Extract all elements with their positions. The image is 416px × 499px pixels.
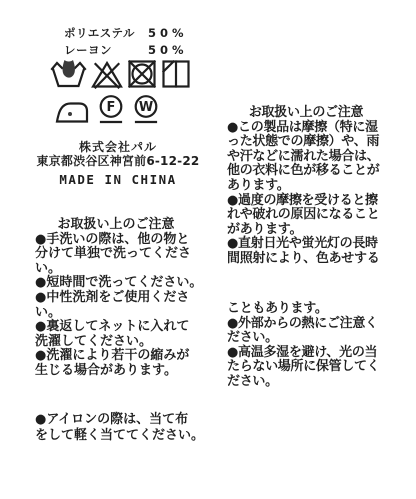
care-line: ださい。 (227, 375, 385, 390)
care-line: ●洗濯により若干の縮みが (35, 349, 197, 364)
care-symbols-row-1 (50, 59, 191, 89)
care-line: ●中性洗剤をご使用くださ (35, 291, 197, 306)
hand-wash-icon (50, 59, 87, 89)
country-of-origin: MADE IN CHINA (0, 172, 236, 187)
company-name: 株式会社パル (0, 140, 236, 154)
care-symbols-row-2: F W (55, 94, 159, 124)
care-line: ●短時間で洗ってください。 (35, 276, 197, 291)
line-dry-in-shade-icon (161, 59, 191, 89)
care-label: ポリエステル 50% レーヨン 50% (0, 0, 416, 499)
right-care-heading: お取扱い上のご注意 (227, 106, 385, 121)
dry-clean-letter: F (107, 100, 116, 115)
right-care-lines: ●この製品は摩擦（特に湿った状態での摩擦）や、雨や汗などに濡れた場合は、他の衣料… (227, 121, 385, 267)
care-line: ●アイロンの際は、当て布 (35, 412, 201, 428)
care-line: 間照射により、色あせする (227, 252, 385, 267)
care-line: れや破れの原因になること (227, 208, 385, 223)
wet-clean-letter: W (139, 100, 153, 115)
care-line: ●裏返してネットに入れて (35, 320, 197, 335)
left-care-heading: お取扱い上のご注意 (35, 218, 197, 233)
care-line: 生じる場合があります。 (35, 364, 197, 379)
care-line: 他の衣料に色が移ることが (227, 164, 385, 179)
care-line: ださい。 (227, 331, 385, 346)
right-care-notice: お取扱い上のご注意 ●この製品は摩擦（特に湿った状態での摩擦）や、雨や汗などに濡… (227, 106, 385, 267)
iron-note: ●アイロンの際は、当て布をして軽く当ててください。 (35, 412, 201, 443)
care-line: あります。 (227, 179, 385, 194)
fiber-row: ポリエステル 50% (64, 25, 188, 42)
care-line: をして軽く当ててください。 (35, 428, 201, 444)
care-line: った状態での摩擦）や、雨 (227, 135, 385, 150)
care-line: 分けて単独で洗ってくださ (35, 247, 197, 262)
fiber-row: レーヨン 50% (64, 42, 188, 59)
fiber-name: ポリエステル (64, 25, 148, 42)
care-line: たらない場所に保管してく (227, 360, 385, 375)
left-care-lines: ●手洗いの際は、他の物と分けて単独で洗ってください。●短時間で洗ってください。●… (35, 233, 197, 379)
care-line: ●直射日光や蛍光灯の長時 (227, 237, 385, 252)
fiber-composition: ポリエステル 50% レーヨン 50% (64, 25, 188, 58)
left-care-notice: お取扱い上のご注意 ●手洗いの際は、他の物と分けて単独で洗ってください。●短時間… (35, 218, 197, 379)
wet-clean-w-icon: W (133, 94, 159, 124)
fiber-percent: 50% (148, 42, 188, 59)
manufacturer-block: 株式会社パル 東京都渋谷区神宮前6-12-22 MADE IN CHINA (0, 140, 236, 187)
fiber-percent: 50% (148, 25, 188, 42)
care-line: ●過度の摩擦を受けると擦 (227, 194, 385, 209)
care-line: ●外部からの熱にご注意く (227, 317, 385, 332)
dry-clean-f-icon: F (98, 94, 124, 124)
company-address: 東京都渋谷区神宮前6-12-22 (0, 154, 236, 169)
care-line: ●手洗いの際は、他の物と (35, 233, 197, 248)
care-line: い。 (35, 306, 197, 321)
care-line: こともあります。 (227, 302, 385, 317)
care-line: ●この製品は摩擦（特に湿 (227, 121, 385, 136)
fiber-name: レーヨン (64, 42, 148, 59)
do-not-tumble-dry-icon (127, 59, 157, 89)
iron-low-icon (55, 100, 89, 124)
do-not-bleach-icon (91, 59, 123, 89)
right-care-continuation: こともあります。●外部からの熱にご注意ください。●高温多湿を避け、光の当たらない… (227, 302, 385, 390)
